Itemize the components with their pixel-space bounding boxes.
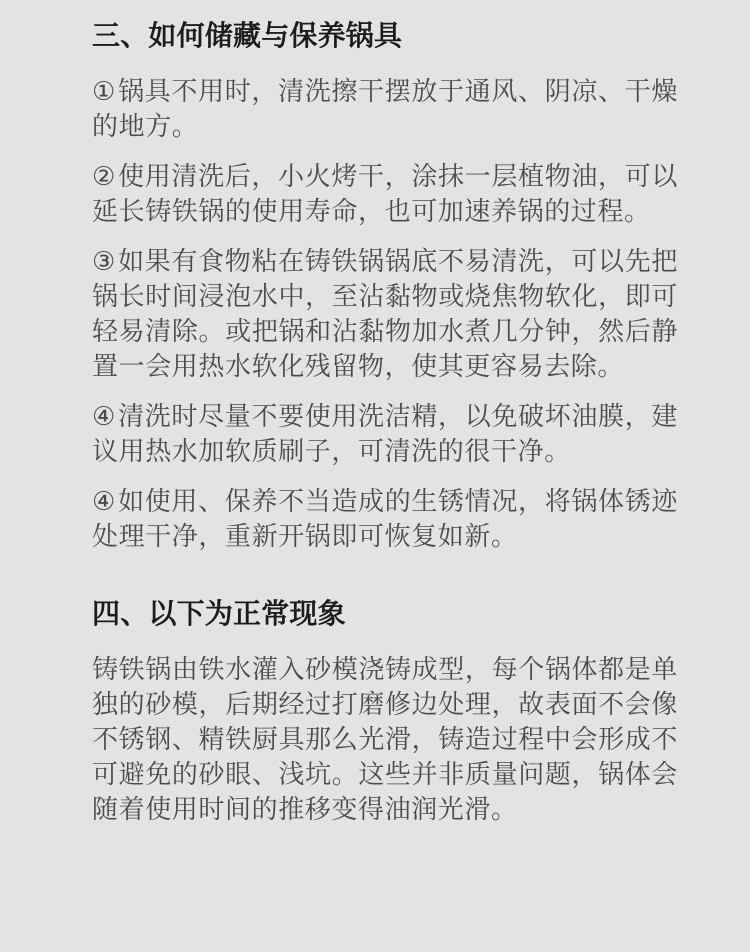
section-title-storage-and-care: 三、如何储藏与保养锅具 [92,16,678,56]
care-item-4: ④清洗时尽量不要使用洗洁精，以免破坏油膜，建议用热水加软质刷子，可清洗的很干净。 [92,399,678,469]
item-text: 锅具不用时，清洗擦干摆放于通风、阴凉、干燥的地方。 [92,76,678,141]
item-number-badge: ④ [92,484,118,519]
section-storage-and-care: 三、如何储藏与保养锅具 ①锅具不用时，清洗擦干摆放于通风、阴凉、干燥的地方。 ②… [92,16,678,554]
normal-phenomena-paragraph: 铸铁锅由铁水灌入砂模浇铸成型，每个锅体都是单独的砂模，后期经过打磨修边处理，故表… [92,652,678,827]
care-item-3: ③如果有食物粘在铸铁锅锅底不易清洗，可以先把锅长时间浸泡水中，至沾黏物或烧焦物软… [92,244,678,384]
item-text: 如果有食物粘在铸铁锅锅底不易清洗，可以先把锅长时间浸泡水中，至沾黏物或烧焦物软化… [92,246,678,381]
care-item-1: ①锅具不用时，清洗擦干摆放于通风、阴凉、干燥的地方。 [92,74,678,144]
item-text: 如使用、保养不当造成的生锈情况，将锅体锈迹处理干净，重新开锅即可恢复如新。 [92,486,678,551]
item-text: 清洗时尽量不要使用洗洁精，以免破坏油膜，建议用热水加软质刷子，可清洗的很干净。 [92,401,678,466]
cookware-care-instructions-page: 三、如何储藏与保养锅具 ①锅具不用时，清洗擦干摆放于通风、阴凉、干燥的地方。 ②… [0,0,750,952]
item-text: 使用清洗后，小火烤干，涂抹一层植物油，可以延长铸铁锅的使用寿命，也可加速养锅的过… [92,161,678,226]
item-number-badge: ③ [92,244,118,279]
item-number-badge: ② [92,159,118,194]
care-item-5: ④如使用、保养不当造成的生锈情况，将锅体锈迹处理干净，重新开锅即可恢复如新。 [92,484,678,554]
item-number-badge: ④ [92,399,118,434]
section-normal-phenomena: 四、以下为正常现象 铸铁锅由铁水灌入砂模浇铸成型，每个锅体都是单独的砂模，后期经… [92,594,678,827]
care-item-2: ②使用清洗后，小火烤干，涂抹一层植物油，可以延长铸铁锅的使用寿命，也可加速养锅的… [92,159,678,229]
item-number-badge: ① [92,74,118,109]
section-title-normal-phenomena: 四、以下为正常现象 [92,594,678,634]
